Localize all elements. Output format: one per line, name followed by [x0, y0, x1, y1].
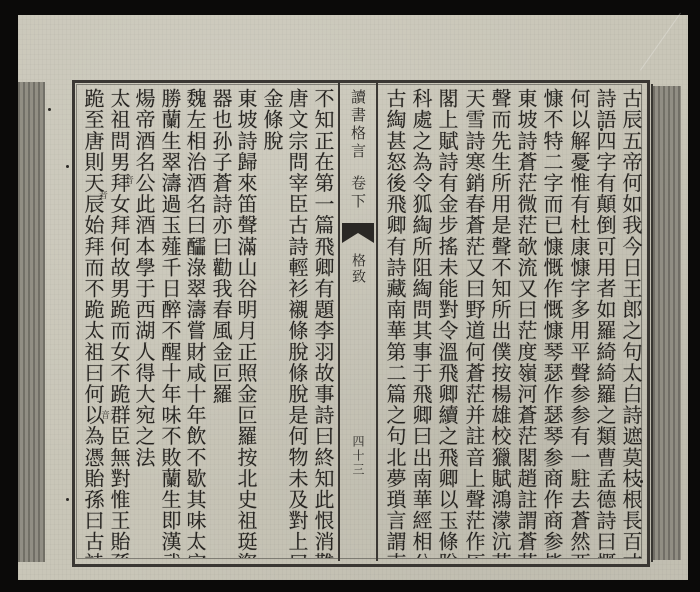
ink-spot: [600, 128, 603, 131]
text-column-right-7: 天雪詩寒銷春蒼茫又曰野道何蒼茫并註音上聲茫作仄用似此甚多太中: [459, 88, 489, 558]
text-column-left-5: 器也孙子蒼詩亦曰勸我春風金叵羅: [206, 88, 236, 558]
text-column-right-5: 東坡詩蒼茫微茫欹流又曰茫度嶺河蒼茫閣趙註謂蒼茫二字古人用之皆平: [511, 88, 541, 558]
text-column-right-9: 科處之為令狐綯所阻綯問其事于飛卿曰出南華經相公燮理之暇辰宜覽: [406, 88, 436, 558]
ink-spot: [640, 480, 643, 483]
right-page-edge-strip: [653, 86, 681, 560]
text-column-left-1: 不知正在第一篇飛卿有題李羽故事詩曰終知此恨消難盡孤負南華第一篇又: [308, 88, 338, 558]
ink-spot: [600, 252, 603, 255]
fishtail-mark-icon: [342, 223, 374, 243]
left-page-edge-strip: [18, 82, 45, 562]
marginal-note-3: 音: [98, 410, 111, 419]
text-column-left-10: 跪至唐則天辰始拜而不跪太祖曰何以為憑貽孫曰古詩曰長跪問故夫遂符: [78, 88, 108, 558]
text-column-right-4: 慷不特二字而已慷慨作慨慷琴瑟作瑟琴参商作商参皆顛倒叶之耳: [537, 88, 567, 558]
banxin-section-label: 格致: [340, 253, 376, 285]
text-column-right-2: 詩語四字有顛倒可用者如羅綺綺羅之類曹孟德詩曰慨當以慷憂思難忘: [590, 88, 620, 558]
text-column-right-8: 閣上賦詩有金步搖未能對令溫飛卿續之飛卿以玉條脫應之宣宗令以甲: [432, 88, 462, 558]
ink-spot: [66, 498, 69, 501]
book-title-text: 讀書格言: [340, 89, 376, 161]
marginal-note-1: 音: [96, 190, 109, 199]
banxin-center-column: 讀書格言卷下 格致 四十三: [338, 83, 378, 561]
text-column-right-3: 何以解憂惟有杜康慷字多用平聲参参有一駐去蒼然西郊道握手何慨: [564, 88, 594, 558]
marginal-note-2: 音: [122, 175, 135, 184]
text-column-left-9: 太祖問男拜女拜何故男跪而女不跪群臣無對惟王貽孫曰古者男女皆: [104, 88, 134, 558]
text-column-left-7: 勝蘭生翠濤過玉薤千日醉不醒十年味不敗蘭生即漢武百味旨酒也玉薤: [155, 88, 185, 558]
text-column-right-10: 古綯甚怒後飛卿有詩藏南華第二篇之句北夢瑣言謂南華無玉條脫事: [380, 88, 410, 558]
text-column-left-3: 金條脫: [257, 88, 287, 558]
volume-text: 卷下: [340, 175, 376, 211]
text-column-right-6: 聲而先生所用是聲不知所出僕按楊雄校獵賦鴻濛沆茫字音莽白樂: [485, 88, 515, 558]
banxin-page-number: 四十三: [340, 435, 376, 477]
right-edge-rule: [651, 84, 653, 562]
ink-spot: [66, 165, 69, 168]
ink-spot: [48, 108, 51, 111]
banxin-book-title: 讀書格言卷下: [340, 89, 376, 211]
text-column-right-1: 古辰五帝何如我今日王郎之句太白詩遮莫枝根長百丈不如當代多往還漢草: [616, 88, 646, 558]
